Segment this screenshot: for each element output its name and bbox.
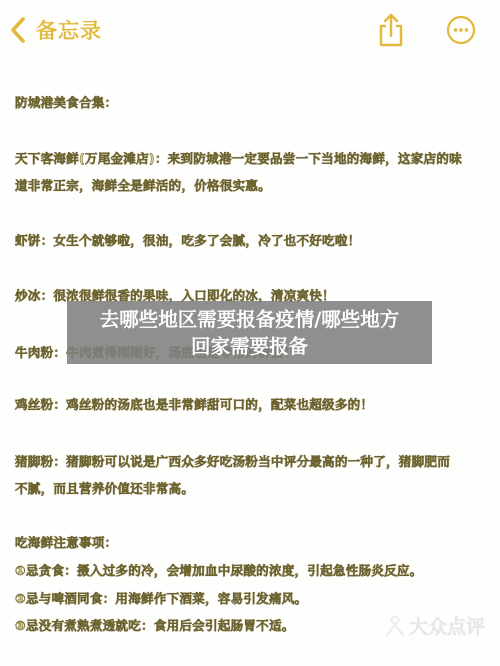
note-line: 天下客海鲜(万尾金滩店)：来到防城港一定要品尝一下当地的海鲜，这家店的味 <box>15 148 462 167</box>
dianping-logo-icon <box>385 615 405 637</box>
note-line: 鸡丝粉：鸡丝粉的汤底也是非常鲜甜可口的，配菜也超级多的！ <box>15 394 373 413</box>
title-overlay-banner: 去哪些地区需要报备疫情/哪些地方 回家需要报备 <box>67 301 432 364</box>
note-line: 猪脚粉：猪脚粉可以说是广西众多好吃汤粉当中评分最高的一种了，猪脚肥而 <box>15 451 450 470</box>
chevron-left-icon <box>10 17 26 43</box>
navigation-bar: 备忘录 <box>0 0 500 60</box>
note-line: ②忌与啤酒同食：用海鲜作下酒菜，容易引发痛风。 <box>15 588 307 607</box>
note-line: 不腻，而且营养价值还非常高。 <box>15 478 194 497</box>
note-line: 虾饼：女生个就够啦，很油，吃多了会腻，冷了也不好吃啦！ <box>15 230 360 249</box>
note-subheading: 吃海鲜注意事项： <box>15 532 117 551</box>
note-line: ③忌没有煮熟煮透就吃：食用后会引起肠胃不适。 <box>15 615 295 634</box>
share-button[interactable] <box>375 12 407 48</box>
note-heading: 防城港美食合集： <box>15 92 117 111</box>
watermark-text: 大众点评 <box>409 612 485 639</box>
more-button[interactable] <box>446 15 476 45</box>
note-line: ①忌贪食：摄入过多的冷，会增加血中尿酸的浓度，引起急性肠炎反应。 <box>15 560 422 579</box>
note-line: 道非常正宗，海鲜全是鲜活的，价格很实惠。 <box>15 175 271 194</box>
more-icon <box>446 15 476 45</box>
watermark: 大众点评 <box>385 612 485 639</box>
banner-title-line-2: 回家需要报备 <box>191 333 308 360</box>
notes-screen: 备忘录 防城港美食合集： 天下客海鲜(万尾金滩店)：来到防城港一定要品尝一下当地… <box>0 0 500 666</box>
banner-title-line-1: 去哪些地区需要报备疫情/哪些地方 <box>100 306 400 333</box>
back-label: 备忘录 <box>36 15 102 45</box>
share-icon <box>375 12 407 48</box>
back-button[interactable]: 备忘录 <box>10 14 102 46</box>
